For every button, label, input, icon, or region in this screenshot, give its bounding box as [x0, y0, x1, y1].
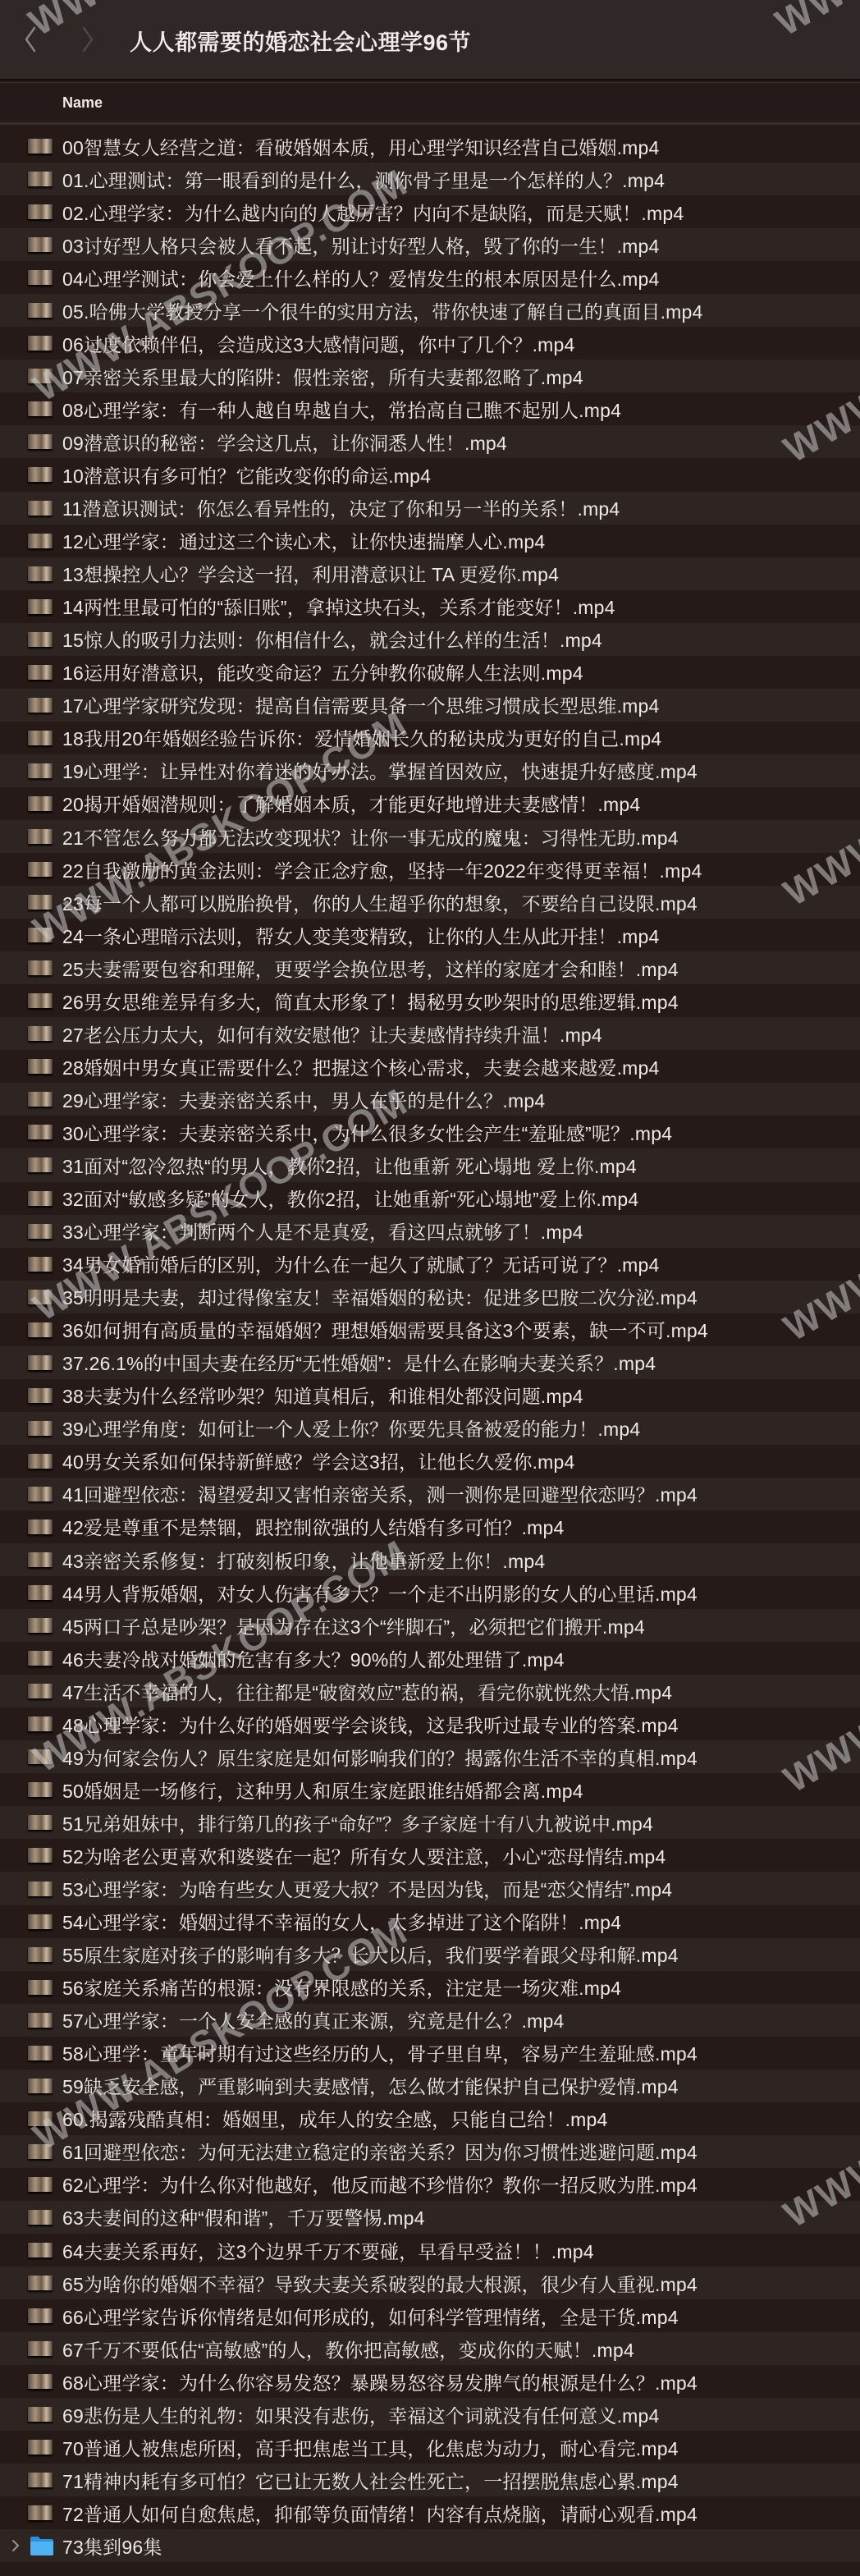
file-row[interactable]: 30心理学家：夫妻亲密关系中，为什么很多女性会产生“羞耻感”呢？.mp4 — [0, 1116, 860, 1148]
file-name: 50婚姻是一场修行，这种男人和原生家庭跟谁结婚都会离.mp4 — [62, 1776, 583, 1804]
video-thumbnail-icon — [28, 139, 53, 154]
video-thumbnail-icon — [28, 1026, 53, 1041]
video-thumbnail-icon — [28, 2243, 53, 2257]
video-thumbnail-icon — [28, 2374, 53, 2389]
file-row[interactable]: 56家庭关系痛苦的根源：没有界限感的关系，注定是一场灾难.mp4 — [0, 1971, 860, 2004]
file-row[interactable]: 03讨好型人格只会被人看不起，别让讨好型人格，毁了你的一生！.mp4 — [0, 228, 860, 261]
file-row[interactable]: 51兄弟姐妹中，排行第几的孩子“命好”？多子家庭十有八九被说中.mp4 — [0, 1806, 860, 1839]
file-name: 65为啥你的婚姻不幸福？导致夫妻关系破裂的最大根源，很少有人重视.mp4 — [62, 2270, 698, 2297]
folder-row[interactable]: 73集到96集 — [0, 2529, 860, 2562]
chevron-left-icon — [23, 25, 38, 53]
file-name: 49为何家会伤人？原生家庭是如何影响我们的？揭露你生活不幸的真相.mp4 — [62, 1744, 698, 1771]
file-row[interactable]: 13想操控人心？学会这一招，利用潜意识让 TA 更爱你.mp4 — [0, 557, 860, 590]
file-name: 26男女思维差异有多大，简直太形象了！揭秘男女吵架时的思维逻辑.mp4 — [62, 988, 679, 1015]
file-name: 01.心理测试：第一眼看到的是什么，测你骨子里是一个怎样的人？.mp4 — [62, 166, 665, 193]
file-row[interactable]: 21不管怎么努力都无法改变现状？让你一事无成的魔鬼：习得性无助.mp4 — [0, 820, 860, 853]
video-thumbnail-icon — [28, 2440, 53, 2455]
video-thumbnail-icon — [28, 1618, 53, 1633]
file-name: 14两性里最可怕的“舔旧账”，拿掉这块石头，关系才能变好！.mp4 — [62, 593, 615, 620]
video-thumbnail-icon — [28, 1125, 53, 1139]
video-thumbnail-icon — [28, 1191, 53, 1206]
file-row[interactable]: 04心理学测试：你会爱上什么样的人？爱情发生的根本原因是什么.mp4 — [0, 261, 860, 294]
file-row[interactable]: 02.心理学家：为什么越内向的人越厉害？内向不是缺陷，而是天赋！.mp4 — [0, 195, 860, 228]
file-row[interactable]: 05.哈佛大学教授分享一个很牛的实用方法，带你快速了解自己的真面目.mp4 — [0, 294, 860, 327]
file-name: 42爱是尊重不是禁锢，跟控制欲强的人结婚有多可怕？.mp4 — [62, 1513, 565, 1540]
file-name: 58心理学：童年时期有过这些经历的人，骨子里自卑，容易产生羞耻感.mp4 — [62, 2039, 698, 2066]
file-name: 02.心理学家：为什么越内向的人越厉害？内向不是缺陷，而是天赋！.mp4 — [62, 199, 684, 226]
video-thumbnail-icon — [28, 2308, 53, 2323]
file-name: 46夫妻冷战对婚姻的危害有多大？90%的人都处理错了.mp4 — [62, 1645, 565, 1672]
file-row[interactable]: 42爱是尊重不是禁锢，跟控制欲强的人结婚有多可怕？.mp4 — [0, 1510, 860, 1543]
file-row[interactable]: 68心理学家：为什么你容易发怒？暴躁易怒容易发脾气的根源是什么？.mp4 — [0, 2365, 860, 2398]
video-thumbnail-icon — [28, 2341, 53, 2356]
video-thumbnail-icon — [28, 501, 53, 516]
file-row[interactable]: 07亲密关系里最大的陷阱：假性亲密，所有夫妻都忽略了.mp4 — [0, 360, 860, 392]
file-name: 64夫妻关系再好，这3个边界千万不要碰，早看早受益！！.mp4 — [62, 2237, 594, 2264]
file-row[interactable]: 14两性里最可怕的“舔旧账”，拿掉这块石头，关系才能变好！.mp4 — [0, 590, 860, 623]
file-name: 19心理学：让异性对你着迷的好办法。掌握首因效应，快速提升好感度.mp4 — [62, 757, 698, 784]
file-name: 51兄弟姐妹中，排行第几的孩子“命好”？多子家庭十有八九被说中.mp4 — [62, 1809, 653, 1836]
chevron-right-icon — [80, 25, 95, 53]
file-row[interactable]: 65为啥你的婚姻不幸福？导致夫妻关系破裂的最大根源，很少有人重视.mp4 — [0, 2267, 860, 2299]
file-row[interactable]: 61回避型依恋：为何无法建立稳定的亲密关系？因为你习惯性逃避问题.mp4 — [0, 2135, 860, 2168]
video-thumbnail-icon — [28, 1914, 53, 1929]
title-bar: 人人都需要的婚恋社会心理学96节 — [0, 0, 860, 80]
video-thumbnail-icon — [28, 336, 53, 351]
video-thumbnail-icon — [28, 665, 53, 680]
video-thumbnail-icon — [28, 2177, 53, 2192]
file-row[interactable]: 27老公压力太大，如何有效安慰他？让夫妻感情持续升温！.mp4 — [0, 1017, 860, 1050]
file-name: 03讨好型人格只会被人看不起，别让讨好型人格，毁了你的一生！.mp4 — [62, 231, 660, 259]
file-name: 05.哈佛大学教授分享一个很牛的实用方法，带你快速了解自己的真面目.mp4 — [62, 297, 703, 324]
file-name: 54心理学家：婚姻过得不幸福的女人，太多掉进了这个陷阱！.mp4 — [62, 1908, 621, 1935]
file-name: 66心理学家告诉你情绪是如何形成的，如何科学管理情绪，全是干货.mp4 — [62, 2303, 679, 2330]
video-thumbnail-icon — [28, 1388, 53, 1403]
file-name: 10潜意识有多可怕？它能改变你的命运.mp4 — [62, 461, 431, 488]
file-row[interactable]: 72普通人如何自愈焦虑，抑郁等负面情绪！内容有点烧脑，请耐心观看.mp4 — [0, 2496, 860, 2529]
video-thumbnail-icon — [28, 698, 53, 713]
file-row[interactable]: 43亲密关系修复：打破刻板印象，让他重新爱上你！.mp4 — [0, 1543, 860, 1576]
video-thumbnail-icon — [28, 1749, 53, 1764]
video-thumbnail-icon — [28, 1782, 53, 1797]
file-name: 63夫妻间的这种“假和谐”，千万要警惕.mp4 — [62, 2203, 425, 2230]
file-row[interactable]: 48心理学家：为什么好的婚姻要学会谈钱，这是我听过最专业的答案.mp4 — [0, 1707, 860, 1740]
file-name: 48心理学家：为什么好的婚姻要学会谈钱，这是我听过最专业的答案.mp4 — [62, 1711, 679, 1738]
column-header-name[interactable]: Name — [62, 94, 103, 112]
video-thumbnail-icon — [28, 204, 53, 219]
file-row[interactable]: 17心理学家研究发现：提高自信需要具备一个思维习惯成长型思维.mp4 — [0, 689, 860, 722]
video-thumbnail-icon — [28, 1848, 53, 1863]
file-name: 18我用20年婚姻经验告诉你：爱情婚姻长久的秘诀成为更好的自己.mp4 — [62, 724, 661, 751]
video-thumbnail-icon — [28, 1980, 53, 1995]
file-row[interactable]: 28婚姻中男女真正需要什么？把握这个核心需求，夫妻会越来越爱.mp4 — [0, 1050, 860, 1083]
video-thumbnail-icon — [28, 928, 53, 942]
file-name: 56家庭关系痛苦的根源：没有界限感的关系，注定是一场灾难.mp4 — [62, 1973, 621, 2001]
file-row[interactable]: 10潜意识有多可怕？它能改变你的命运.mp4 — [0, 458, 860, 491]
file-row[interactable]: 19心理学：让异性对你着迷的好办法。掌握首因效应，快速提升好感度.mp4 — [0, 754, 860, 787]
file-name: 32面对“敏感多疑”的女人，教你2招，让她重新“死心塌地”爱上你.mp4 — [62, 1185, 638, 1212]
video-thumbnail-icon — [28, 1454, 53, 1469]
file-name: 28婚姻中男女真正需要什么？把握这个核心需求，夫妻会越来越爱.mp4 — [62, 1053, 660, 1080]
file-row[interactable]: 60.揭露残酷真相：婚姻里，成年人的安全感，只能自己给！.mp4 — [0, 2102, 860, 2135]
column-header: Name — [0, 82, 860, 125]
file-name: 06过度依赖伴侣，会造成这3大感情问题，你中了几个？.mp4 — [62, 330, 575, 357]
file-row[interactable]: 26男女思维差异有多大，简直太形象了！揭秘男女吵架时的思维逻辑.mp4 — [0, 984, 860, 1017]
video-thumbnail-icon — [28, 1290, 53, 1304]
file-row[interactable]: 35明明是夫妻，却过得像室友！幸福婚姻的秘诀：促进多巴胺二次分泌.mp4 — [0, 1281, 860, 1313]
video-thumbnail-icon — [28, 1947, 53, 1962]
file-name: 13想操控人心？学会这一招，利用潜意识让 TA 更爱你.mp4 — [62, 560, 559, 587]
video-thumbnail-icon — [28, 172, 53, 186]
file-name: 47生活不幸福的人，往往都是“破窗效应”惹的祸，看完你就恍然大悟.mp4 — [62, 1678, 672, 1705]
video-thumbnail-icon — [28, 237, 53, 252]
file-name: 62心理学：为什么你对他越好，他反而越不珍惜你？教你一招反败为胜.mp4 — [62, 2170, 698, 2198]
video-thumbnail-icon — [28, 1157, 53, 1172]
video-thumbnail-icon — [28, 2111, 53, 2126]
file-row[interactable]: 08心理学家：有一种人越自卑越自大，常抬高自己瞧不起别人.mp4 — [0, 392, 860, 425]
video-thumbnail-icon — [28, 1257, 53, 1272]
video-thumbnail-icon — [28, 566, 53, 581]
file-row[interactable]: 57心理学家：一个人安全感的真正来源，究竟是什么？.mp4 — [0, 2004, 860, 2037]
file-name: 38夫妻为什么经常吵架？知道真相后，和谁相处都没问题.mp4 — [62, 1382, 583, 1409]
file-row[interactable]: 31面对“忽冷忽热“的男人，教你2招，让他重新 死心塌地 爱上你.mp4 — [0, 1148, 860, 1181]
file-name: 41回避型依恋：渴望爱却又害怕亲密关系，测一测你是回避型依恋吗？.mp4 — [62, 1480, 698, 1507]
file-name: 72普通人如何自愈焦虑，抑郁等负面情绪！内容有点烧脑，请耐心观看.mp4 — [62, 2500, 698, 2527]
file-name: 21不管怎么努力都无法改变现状？让你一事无成的魔鬼：习得性无助.mp4 — [62, 823, 679, 850]
video-thumbnail-icon — [28, 1487, 53, 1501]
window-title: 人人都需要的婚恋社会心理学96节 — [130, 25, 471, 57]
video-thumbnail-icon — [28, 1421, 53, 1436]
video-thumbnail-icon — [28, 1519, 53, 1534]
file-name: 22自我激励的黄金法则：学会正念疗愈，坚持一年2022年变得更幸福！.mp4 — [62, 856, 702, 883]
video-thumbnail-icon — [28, 1882, 53, 1896]
file-name: 17心理学家研究发现：提高自信需要具备一个思维习惯成长型思维.mp4 — [62, 691, 660, 718]
file-row[interactable]: 36如何拥有高质量的幸福婚姻？理想婚姻需要具备这3个要素，缺一不可.mp4 — [0, 1313, 860, 1346]
file-name: 52为啥老公更喜欢和婆婆在一起？所有女人要注意，小心“恋母情结.mp4 — [62, 1842, 666, 1869]
file-row[interactable]: 45两口子总是吵架？是因为存在这3个“绊脚石”，必须把它们搬开.mp4 — [0, 1609, 860, 1642]
file-row[interactable]: 33心理学家：判断两个人是不是真爱，看这四点就够了！.mp4 — [0, 1215, 860, 1248]
file-name: 07亲密关系里最大的陷阱：假性亲密，所有夫妻都忽略了.mp4 — [62, 363, 583, 390]
file-row[interactable]: 53心理学家：为啥有些女人更爱大叔？不是因为钱，而是“恋父情结”.mp4 — [0, 1872, 860, 1904]
video-thumbnail-icon — [28, 401, 53, 416]
file-row[interactable]: 54心理学家：婚姻过得不幸福的女人，太多掉进了这个陷阱！.mp4 — [0, 1905, 860, 1938]
video-thumbnail-icon — [28, 1322, 53, 1337]
file-name: 68心理学家：为什么你容易发怒？暴躁易怒容易发脾气的根源是什么？.mp4 — [62, 2368, 698, 2395]
file-name: 53心理学家：为啥有些女人更爱大叔？不是因为钱，而是“恋父情结”.mp4 — [62, 1875, 672, 1902]
file-name: 45两口子总是吵架？是因为存在这3个“绊脚石”，必须把它们搬开.mp4 — [62, 1612, 645, 1639]
file-name: 57心理学家：一个人安全感的真正来源，究竟是什么？.mp4 — [62, 2006, 565, 2033]
file-row[interactable]: 00智慧女人经营之道：看破婚姻本质，用心理学知识经营自己婚姻.mp4 — [0, 130, 860, 163]
video-thumbnail-icon — [28, 2210, 53, 2225]
file-row[interactable]: 67千万不要低估“高敏感”的人，教你把高敏感，变成你的天赋！.mp4 — [0, 2332, 860, 2365]
video-thumbnail-icon — [28, 1355, 53, 1370]
file-name: 39心理学角度：如何让一个人爱上你？你要先具备被爱的能力！.mp4 — [62, 1414, 640, 1442]
file-name: 35明明是夫妻，却过得像室友！幸福婚姻的秘诀：促进多巴胺二次分泌.mp4 — [62, 1283, 698, 1310]
file-row[interactable]: 32面对“敏感多疑”的女人，教你2招，让她重新“死心塌地”爱上你.mp4 — [0, 1182, 860, 1215]
file-row[interactable]: 64夫妻关系再好，这3个边界千万不要碰，早看早受益！！.mp4 — [0, 2234, 860, 2267]
file-name: 67千万不要低估“高敏感”的人，教你把高敏感，变成你的天赋！.mp4 — [62, 2335, 634, 2363]
file-name: 60.揭露残酷真相：婚姻里，成年人的安全感，只能自己给！.mp4 — [62, 2105, 608, 2132]
file-row[interactable]: 49为何家会伤人？原生家庭是如何影响我们的？揭露你生活不幸的真相.mp4 — [0, 1740, 860, 1773]
video-thumbnail-icon — [28, 796, 53, 811]
video-thumbnail-icon — [28, 467, 53, 482]
video-thumbnail-icon — [28, 1651, 53, 1666]
file-name: 70普通人被焦虑所困，高手把焦虑当工具，化焦虑为动力，耐心看完.mp4 — [62, 2434, 679, 2461]
file-name: 31面对“忽冷忽热“的男人，教你2招，让他重新 死心塌地 爱上你.mp4 — [62, 1152, 637, 1179]
file-name: 09潜意识的秘密：学会这几点，让你洞悉人性！.mp4 — [62, 429, 507, 456]
video-thumbnail-icon — [28, 993, 53, 1008]
file-row[interactable]: 69悲伤是人生的礼物：如果没有悲伤，幸福这个词就没有任何意义.mp4 — [0, 2398, 860, 2431]
file-row[interactable]: 52为啥老公更喜欢和婆婆在一起？所有女人要注意，小心“恋母情结.mp4 — [0, 1839, 860, 1872]
video-thumbnail-icon — [28, 1684, 53, 1698]
file-name: 11潜意识测试：你怎么看异性的，决定了你和另一半的关系！.mp4 — [62, 494, 620, 521]
file-row[interactable]: 46夫妻冷战对婚姻的危害有多大？90%的人都处理错了.mp4 — [0, 1642, 860, 1675]
file-row[interactable]: 34男女婚前婚后的区别，为什么在一起久了就腻了？无话可说了？.mp4 — [0, 1248, 860, 1281]
file-row[interactable]: 41回避型依恋：渴望爱却又害怕亲密关系，测一测你是回避型依恋吗？.mp4 — [0, 1478, 860, 1510]
video-thumbnail-icon — [28, 1224, 53, 1239]
file-row[interactable]: 12心理学家：通过这三个读心术，让你快速揣摩人心.mp4 — [0, 525, 860, 557]
disclosure-triangle-icon[interactable] — [11, 2537, 20, 2554]
video-thumbnail-icon — [28, 2013, 53, 2028]
video-thumbnail-icon — [28, 829, 53, 844]
file-row[interactable]: 66心理学家告诉你情绪是如何形成的，如何科学管理情绪，全是干货.mp4 — [0, 2299, 860, 2332]
file-name: 24一条心理暗示法则，帮女人变美变精致，让你的人生从此开挂！.mp4 — [62, 922, 660, 949]
file-name: 59缺乏安全感，严重影响到夫妻感情，怎么做才能保护自己保护爱情.mp4 — [62, 2072, 679, 2099]
file-row[interactable]: 18我用20年婚姻经验告诉你：爱情婚姻长久的秘诀成为更好的自己.mp4 — [0, 722, 860, 754]
file-row[interactable]: 40男女关系如何保持新鲜感？学会这3招，让他长久爱你.mp4 — [0, 1445, 860, 1478]
video-thumbnail-icon — [28, 1552, 53, 1567]
video-thumbnail-icon — [28, 2276, 53, 2290]
file-row[interactable]: 58心理学：童年时期有过这些经历的人，骨子里自卑，容易产生羞耻感.mp4 — [0, 2037, 860, 2070]
video-thumbnail-icon — [28, 1585, 53, 1600]
file-row[interactable]: 11潜意识测试：你怎么看异性的，决定了你和另一半的关系！.mp4 — [0, 492, 860, 525]
file-row[interactable]: 63夫妻间的这种“假和谐”，千万要警惕.mp4 — [0, 2201, 860, 2234]
folder-icon — [30, 2535, 54, 2556]
file-row[interactable]: 44男人背叛婚姻，对女人伤害有多大？一个走不出阴影的女人的心里话.mp4 — [0, 1576, 860, 1609]
file-name: 33心理学家：判断两个人是不是真爱，看这四点就够了！.mp4 — [62, 1217, 583, 1244]
file-name: 40男女关系如何保持新鲜感？学会这3招，让他长久爱你.mp4 — [62, 1447, 575, 1474]
video-thumbnail-icon — [28, 1059, 53, 1074]
video-thumbnail-icon — [28, 2473, 53, 2487]
file-row[interactable]: 15惊人的吸引力法则：你相信什么，就会过什么样的生活！.mp4 — [0, 623, 860, 656]
video-thumbnail-icon — [28, 1092, 53, 1107]
video-thumbnail-icon — [28, 2505, 53, 2520]
file-row[interactable]: 39心理学角度：如何让一个人爱上你？你要先具备被爱的能力！.mp4 — [0, 1412, 860, 1445]
file-name: 36如何拥有高质量的幸福婚姻？理想婚姻需要具备这3个要素，缺一不可.mp4 — [62, 1316, 708, 1343]
file-name: 15惊人的吸引力法则：你相信什么，就会过什么样的生活！.mp4 — [62, 626, 602, 653]
video-thumbnail-icon — [28, 895, 53, 910]
video-thumbnail-icon — [28, 763, 53, 778]
forward-button[interactable] — [75, 23, 100, 56]
video-thumbnail-icon — [28, 2407, 53, 2422]
file-name: 30心理学家：夫妻亲密关系中，为什么很多女性会产生“羞耻感”呢？.mp4 — [62, 1119, 672, 1146]
video-thumbnail-icon — [28, 1815, 53, 1830]
video-thumbnail-icon — [28, 599, 53, 614]
file-name: 08心理学家：有一种人越自卑越自大，常抬高自己瞧不起别人.mp4 — [62, 396, 621, 423]
file-name: 29心理学家：夫妻亲密关系中，男人在乎的是什么？.mp4 — [62, 1086, 545, 1113]
video-thumbnail-icon — [28, 369, 53, 383]
video-thumbnail-icon — [28, 534, 53, 548]
video-thumbnail-icon — [28, 632, 53, 647]
file-name: 00智慧女人经营之道：看破婚姻本质，用心理学知识经营自己婚姻.mp4 — [62, 133, 660, 160]
file-name: 16运用好潜意识，能改变命运？五分钟教你破解人生法则.mp4 — [62, 658, 583, 685]
video-thumbnail-icon — [28, 434, 53, 449]
file-row[interactable]: 06过度依赖伴侣，会造成这3大感情问题，你中了几个？.mp4 — [0, 327, 860, 360]
back-button[interactable] — [18, 23, 43, 56]
file-row[interactable]: 47生活不幸福的人，往往都是“破窗效应”惹的祸，看完你就恍然大悟.mp4 — [0, 1675, 860, 1707]
file-name: 23每一个人都可以脱胎换骨，你的人生超乎你的想象，不要给自己设限.mp4 — [62, 889, 698, 916]
file-row[interactable]: 22自我激励的黄金法则：学会正念疗愈，坚持一年2022年变得更幸福！.mp4 — [0, 853, 860, 886]
file-row[interactable]: 71精神内耗有多可怕？它已让无数人社会性死亡，一招摆脱焦虑心累.mp4 — [0, 2464, 860, 2496]
video-thumbnail-icon — [28, 303, 53, 318]
file-list: 00智慧女人经营之道：看破婚姻本质，用心理学知识经营自己婚姻.mp401.心理测… — [0, 130, 860, 2562]
file-row[interactable]: 38夫妻为什么经常吵架？知道真相后，和谁相处都没问题.mp4 — [0, 1379, 860, 1412]
file-name: 37.26.1%的中国夫妻在经历“无性婚姻”：是什么在影响夫妻关系？.mp4 — [62, 1349, 656, 1376]
file-name: 71精神内耗有多可怕？它已让无数人社会性死亡，一招摆脱焦虑心累.mp4 — [62, 2467, 679, 2494]
file-row[interactable]: 24一条心理暗示法则，帮女人变美变精致，让你的人生从此开挂！.mp4 — [0, 919, 860, 951]
file-row[interactable]: 09潜意识的秘密：学会这几点，让你洞悉人性！.mp4 — [0, 425, 860, 458]
file-name: 61回避型依恋：为何无法建立稳定的亲密关系？因为你习惯性逃避问题.mp4 — [62, 2138, 698, 2165]
video-thumbnail-icon — [28, 270, 53, 285]
file-row[interactable]: 59缺乏安全感，严重影响到夫妻感情，怎么做才能保护自己保护爱情.mp4 — [0, 2070, 860, 2102]
file-row[interactable]: 62心理学：为什么你对他越好，他反而越不珍惜你？教你一招反败为胜.mp4 — [0, 2168, 860, 2201]
video-thumbnail-icon — [28, 2144, 53, 2159]
file-row[interactable]: 37.26.1%的中国夫妻在经历“无性婚姻”：是什么在影响夫妻关系？.mp4 — [0, 1346, 860, 1379]
file-name: 04心理学测试：你会爱上什么样的人？爱情发生的根本原因是什么.mp4 — [62, 264, 660, 291]
file-name: 25夫妻需要包容和理解，更要学会换位思考，这样的家庭才会和睦！.mp4 — [62, 955, 679, 982]
file-name: 34男女婚前婚后的区别，为什么在一起久了就腻了？无话可说了？.mp4 — [62, 1250, 660, 1277]
file-name: 12心理学家：通过这三个读心术，让你快速揣摩人心.mp4 — [62, 527, 545, 554]
file-name: 55原生家庭对孩子的影响有多大？长大以后，我们要学着跟父母和解.mp4 — [62, 1941, 679, 1968]
file-name: 44男人背叛婚姻，对女人伤害有多大？一个走不出阴影的女人的心里话.mp4 — [62, 1579, 698, 1607]
folder-name: 73集到96集 — [62, 2532, 162, 2560]
file-name: 43亲密关系修复：打破刻板印象，让他重新爱上你！.mp4 — [62, 1547, 545, 1574]
file-row[interactable]: 16运用好潜意识，能改变命运？五分钟教你破解人生法则.mp4 — [0, 656, 860, 689]
file-row[interactable]: 29心理学家：夫妻亲密关系中，男人在乎的是什么？.mp4 — [0, 1083, 860, 1116]
file-row[interactable]: 55原生家庭对孩子的影响有多大？长大以后，我们要学着跟父母和解.mp4 — [0, 1938, 860, 1971]
file-name: 20揭开婚姻潜规则：了解婚姻本质，才能更好地增进夫妻感情！.mp4 — [62, 790, 640, 817]
video-thumbnail-icon — [28, 862, 53, 877]
file-row[interactable]: 23每一个人都可以脱胎换骨，你的人生超乎你的想象，不要给自己设限.mp4 — [0, 886, 860, 919]
video-thumbnail-icon — [28, 2046, 53, 2060]
file-row[interactable]: 20揭开婚姻潜规则：了解婚姻本质，才能更好地增进夫妻感情！.mp4 — [0, 787, 860, 820]
file-row[interactable]: 50婚姻是一场修行，这种男人和原生家庭跟谁结婚都会离.mp4 — [0, 1773, 860, 1806]
file-row[interactable]: 70普通人被焦虑所困，高手把焦虑当工具，化焦虑为动力，耐心看完.mp4 — [0, 2431, 860, 2464]
file-row[interactable]: 25夫妻需要包容和理解，更要学会换位思考，这样的家庭才会和睦！.mp4 — [0, 951, 860, 984]
video-thumbnail-icon — [28, 2079, 53, 2093]
file-name: 27老公压力太大，如何有效安慰他？让夫妻感情持续升温！.mp4 — [62, 1020, 602, 1047]
video-thumbnail-icon — [28, 960, 53, 975]
file-row[interactable]: 01.心理测试：第一眼看到的是什么，测你骨子里是一个怎样的人？.mp4 — [0, 163, 860, 195]
video-thumbnail-icon — [28, 731, 53, 745]
video-thumbnail-icon — [28, 1717, 53, 1731]
file-name: 69悲伤是人生的礼物：如果没有悲伤，幸福这个词就没有任何意义.mp4 — [62, 2401, 660, 2428]
